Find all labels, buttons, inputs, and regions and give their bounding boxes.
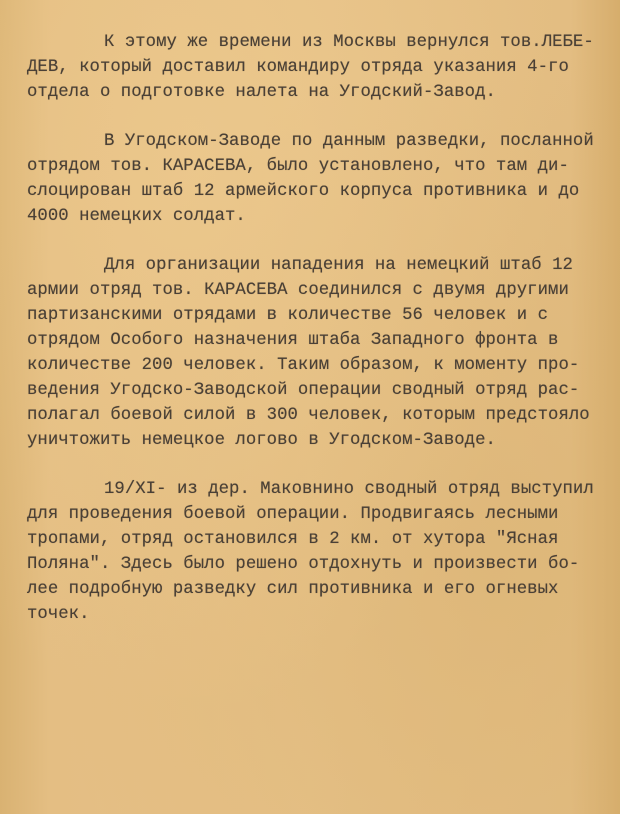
paragraph-lebedev-return: К этому же времени из Москвы вернулся то…: [27, 30, 620, 105]
paragraph-reconnaissance: В Угодском-Заводе по данным разведки, по…: [27, 129, 620, 229]
text-line: 19/XI- из дер. Маковнино сводный отряд в…: [27, 477, 620, 502]
text-line: партизанскими отрядами в количестве 56 ч…: [27, 303, 620, 328]
text-line: Поляна". Здесь было решено отдохнуть и п…: [27, 552, 620, 577]
text-line: точек.: [27, 602, 620, 627]
text-line: ведения Угодско-Заводской операции сводн…: [27, 378, 620, 403]
text-line: отдела о подготовке налета на Угодский-З…: [27, 80, 620, 105]
text-line: К этому же времени из Москвы вернулся то…: [27, 30, 620, 55]
text-line: отрядом Особого назначения штаба Западно…: [27, 328, 620, 353]
paragraph-march: 19/XI- из дер. Маковнино сводный отряд в…: [27, 477, 620, 627]
text-line: армии отряд тов. КАРАСЕВА соединился с д…: [27, 278, 620, 303]
text-line: В Угодском-Заводе по данным разведки, по…: [27, 129, 620, 154]
document-page: К этому же времени из Москвы вернулся то…: [0, 0, 620, 814]
text-line: лее подробную разведку сил противника и …: [27, 577, 620, 602]
text-line: Для организации нападения на немецкий шт…: [27, 253, 620, 278]
text-line: 4000 немецких солдат.: [27, 204, 620, 229]
text-line: отрядом тов. КАРАСЕВА, было установлено,…: [27, 154, 620, 179]
text-line: ДЕВ, который доставил командиру отряда у…: [27, 55, 620, 80]
text-line: тропами, отряд остановился в 2 км. от ху…: [27, 527, 620, 552]
text-line: полагал боевой силой в 300 человек, кото…: [27, 403, 620, 428]
text-line: уничтожить немецкое логово в Угодском-За…: [27, 428, 620, 453]
paragraph-attack-organization: Для организации нападения на немецкий шт…: [27, 253, 620, 453]
text-line: для проведения боевой операции. Продвига…: [27, 502, 620, 527]
text-line: слоцирован штаб 12 армейского корпуса пр…: [27, 179, 620, 204]
text-line: количестве 200 человек. Таким образом, к…: [27, 353, 620, 378]
